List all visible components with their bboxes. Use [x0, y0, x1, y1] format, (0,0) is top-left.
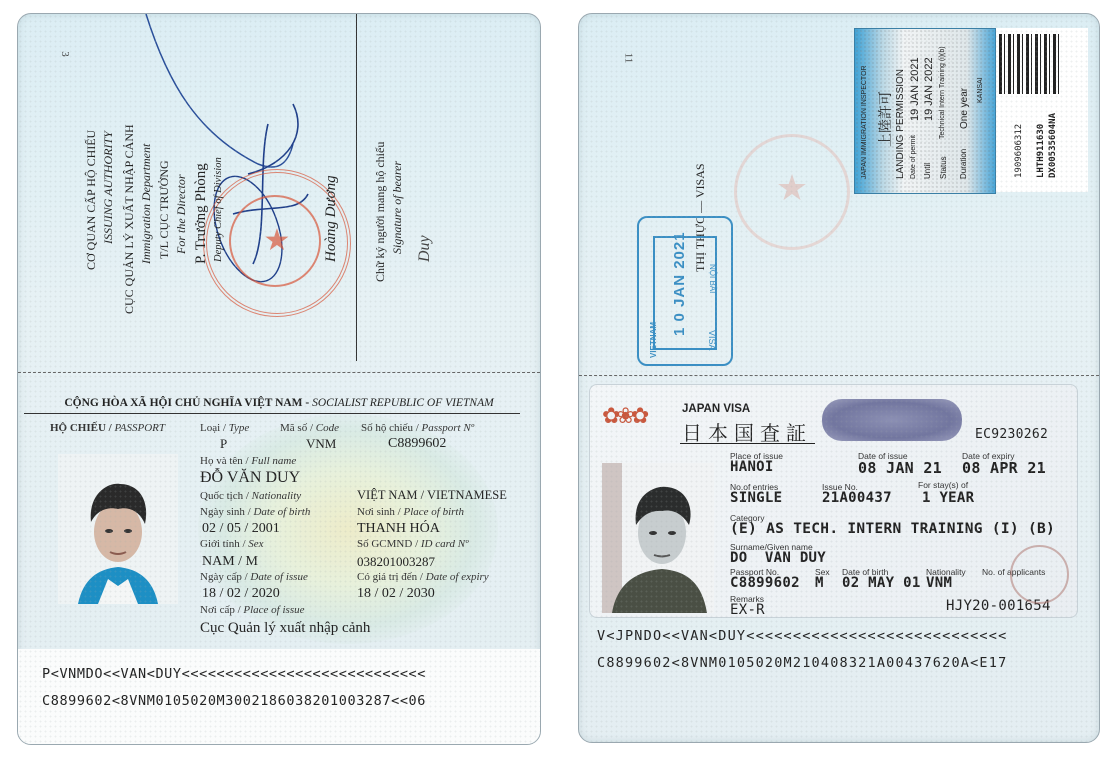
- place-of-issue-value: HANOI: [730, 459, 774, 475]
- page-fold-line: [18, 372, 540, 373]
- bearer-signature: Duy: [416, 235, 434, 262]
- country-header: CỘNG HÒA XÃ HỘI CHỦ NGHĨA VIỆT NAM - SOC…: [18, 397, 540, 409]
- full-name-label: Họ và tên / Full name: [200, 455, 296, 467]
- landing-title-ja: 上陸許可: [875, 91, 895, 147]
- id-card-value: 038201003287: [357, 554, 435, 570]
- date-of-issue-value: 18 / 02 / 2020: [202, 586, 280, 602]
- visa-holder-photo: [602, 463, 714, 613]
- stay-label: For stay(s) of: [918, 480, 968, 490]
- star-icon: ★: [737, 167, 847, 209]
- landing-until-label: Until: [923, 163, 932, 179]
- landing-permission-sticker: JAPAN IMMIGRATION INSPECTOR 上陸許可 LANDING…: [854, 28, 1089, 192]
- passport-page: 3 ★ CƠ QUAN CẤP HỘ CHIẾU ISSUING AUTHORI…: [17, 13, 541, 745]
- passport-no-label: Số hộ chiếu / Passport Nº: [361, 422, 474, 434]
- issue-no-value: 21A00437: [822, 490, 892, 506]
- divider-line: [356, 14, 357, 361]
- visa-title-en: JAPAN VISA: [682, 403, 750, 415]
- watermark-emblem: ★: [734, 134, 850, 250]
- dob-value: 02 MAY 01: [842, 575, 921, 591]
- landing-permit-date: 19 JAN 2021: [909, 57, 921, 121]
- remarks-value: EX-R: [730, 602, 765, 618]
- entry-stamp-label: VISA: [707, 330, 717, 351]
- document-label: HỘ CHIẾU / PASSPORT: [50, 422, 165, 434]
- page-fold-line: [579, 375, 1099, 376]
- landing-permit-label: Date of permit: [910, 135, 917, 179]
- issuing-authority-vi: CƠ QUAN CẤP HỘ CHIẾU: [84, 130, 99, 270]
- entry-stamp: VIETNAM 1 0 JAN 2021 NỘI BÀI VISA: [637, 216, 733, 366]
- entry-stamp-border-post: NỘI BÀI: [708, 264, 717, 293]
- type-label: Loại / Type: [200, 422, 249, 434]
- passport-no-value: C8899602: [388, 436, 446, 452]
- passport-no-value: C8899602: [730, 575, 800, 591]
- full-name-value: ĐỖ VĂN DUY: [200, 469, 300, 487]
- landing-code-2: DX00535604NA: [1048, 113, 1058, 178]
- code-label: Mã số / Code: [280, 422, 339, 434]
- stay-value: 1 YEAR: [922, 490, 974, 506]
- entry-stamp-country: VIETNAM: [649, 322, 658, 358]
- category-value: (E) AS TECH. INTERN TRAINING (I) (B): [730, 521, 1055, 537]
- for-director-vi: T/L CỤC TRƯỞNG: [157, 160, 172, 259]
- landing-duration: One year: [959, 88, 970, 129]
- place-of-issue-label: Nơi cấp / Place of issue: [200, 604, 305, 616]
- landing-port: KANSAI: [977, 77, 984, 103]
- landing-until-date: 19 JAN 2022: [923, 57, 935, 121]
- date-of-issue-value: 08 JAN 21: [858, 459, 942, 477]
- sex-value: NAM / M: [202, 554, 258, 570]
- signer-name: Hoàng Dương: [323, 175, 340, 262]
- deputy-chief-en: Deputy Chief of Division: [213, 157, 224, 262]
- landing-duration-label: Duration: [959, 149, 968, 179]
- visa-title-ja: 日本国査証: [682, 417, 812, 446]
- visa-mrz-line-2: C8899602<8VNM0105020M210408321A00437620A…: [597, 655, 1007, 671]
- for-director-en: For the Director: [174, 174, 189, 254]
- landing-title-en: LANDING PERMISSION: [895, 69, 906, 179]
- bearer-signature-label-vi: Chữ ký người mang hộ chiếu: [373, 142, 388, 282]
- department-vi: CỤC QUẢN LÝ XUẤT NHẬP CẢNH: [122, 124, 137, 314]
- qr-code[interactable]: [999, 34, 1059, 94]
- nationality-value: VNM: [926, 575, 952, 591]
- nationality-value: VIỆT NAM / VIETNAMESE: [357, 488, 507, 503]
- mrz-line-1: P<VNMDO<<VAN<DUY<<<<<<<<<<<<<<<<<<<<<<<<…: [42, 666, 426, 682]
- bearer-signature-label-en: Signature of bearer: [390, 161, 405, 254]
- place-of-birth-label: Nơi sinh / Place of birth: [357, 506, 464, 518]
- date-of-issue-label: Ngày cấp / Date of issue: [200, 571, 308, 583]
- id-card-label: Số GCMND / ID card Nº: [357, 538, 468, 550]
- holder-photo: [58, 454, 178, 604]
- code-value: VNM: [306, 436, 336, 452]
- header-rule: [24, 413, 520, 414]
- place-of-issue-value: Cục Quản lý xuất nhập cảnh: [200, 620, 370, 637]
- landing-status-label: Status: [939, 156, 948, 179]
- landing-status: Technical Intern Training (i)(b): [939, 46, 946, 139]
- visa-number: EC9230262: [975, 427, 1048, 442]
- hologram-seal: [822, 399, 962, 441]
- entries-value: SINGLE: [730, 490, 782, 506]
- department-en: Immigration Department: [139, 144, 154, 264]
- issuing-authority-en: ISSUING AUTHORITY: [101, 131, 116, 244]
- consulate-seal: [1010, 545, 1069, 604]
- page-number: 11: [622, 53, 634, 64]
- japan-visa-sticker: ✿❀✿ JAPAN VISA 日本国査証 EC9230262 Place of …: [589, 384, 1078, 618]
- landing-header: JAPAN IMMIGRATION INSPECTOR: [861, 65, 868, 179]
- sex-label: Giới tính / Sex: [200, 538, 264, 550]
- landing-serial: 1909606312: [1014, 124, 1024, 178]
- cherry-blossom-icon: ✿❀✿: [602, 403, 645, 429]
- sex-value: M: [815, 575, 824, 591]
- landing-code-1: LHTH911630: [1036, 124, 1046, 178]
- mrz-line-2: C8899602<8VNM0105020M3002186038201003287…: [42, 693, 426, 709]
- date-of-expiry-label: Có giá trị đến / Date of expiry: [357, 571, 489, 583]
- mrz-zone: P<VNMDO<<VAN<DUY<<<<<<<<<<<<<<<<<<<<<<<<…: [18, 649, 540, 744]
- nationality-label: Quốc tịch / Nationality: [200, 490, 301, 502]
- visa-page: 11 THỊ THỰC — VISAS ★ VIETNAM 1 0 JAN 20…: [578, 13, 1100, 743]
- type-value: P: [220, 436, 227, 452]
- entry-stamp-date: 1 0 JAN 2021: [671, 231, 688, 336]
- place-of-birth-value: THANH HÓA: [357, 521, 440, 537]
- visa-mrz-line-1: V<JPNDO<<VAN<DUY<<<<<<<<<<<<<<<<<<<<<<<<…: [597, 628, 1007, 644]
- name-value: DO VAN DUY: [730, 550, 826, 566]
- date-of-expiry-value: 08 APR 21: [962, 459, 1046, 477]
- date-of-expiry-value: 18 / 02 / 2030: [357, 586, 435, 602]
- deputy-chief-vi: P. Trưởng Phòng: [193, 163, 210, 264]
- dob-value: 02 / 05 / 2001: [202, 521, 280, 537]
- dob-label: Ngày sinh / Date of birth: [200, 506, 310, 518]
